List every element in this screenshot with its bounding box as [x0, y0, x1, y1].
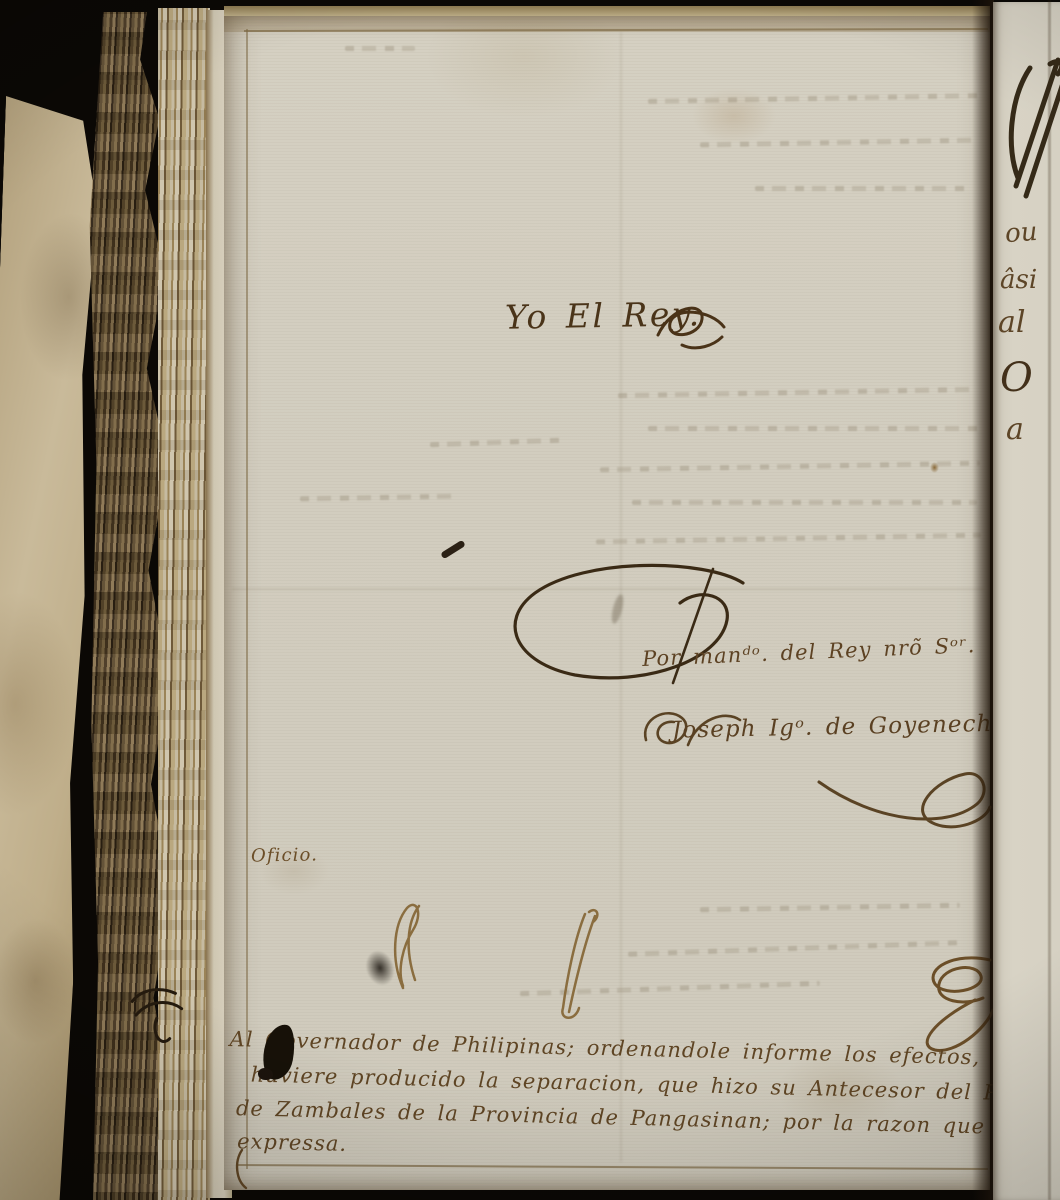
- bleedthrough-mark: [755, 186, 970, 191]
- edge-scribble-ink: [120, 964, 196, 1062]
- paraph-flourish: [505, 565, 750, 690]
- gutter-shadow: [972, 0, 994, 1200]
- docket-block: Al Governador de Philipinas; ordenandole…: [227, 1026, 1030, 1174]
- bleedthrough-mark: [648, 426, 983, 431]
- bleedthrough-mark: [632, 500, 977, 505]
- signature-under-flourish: [815, 752, 995, 837]
- facing-page-fragment: ou: [1004, 217, 1038, 249]
- facing-page-flourish: [1000, 58, 1060, 208]
- facing-page-fragment: al: [998, 305, 1025, 340]
- ink-blot-satellite: [258, 1068, 273, 1080]
- manuscript-photo: beneficios, ò perjuicios, que os parezca…: [0, 0, 1060, 1200]
- facing-page-fragment: âsi: [1000, 265, 1037, 295]
- bleedthrough-mark: [345, 46, 415, 51]
- royal-rubric-flourish: [652, 297, 732, 352]
- facing-page-fragment: O: [1000, 355, 1033, 401]
- docket-tail-flourish: [232, 1148, 252, 1190]
- pen-trial-flourish-middle: [545, 908, 615, 1018]
- vellum-cover-flap: [0, 96, 106, 1200]
- margin-note-oficio: Oficio.: [251, 844, 318, 866]
- ruled-border-left: [246, 29, 248, 1169]
- paper-fleck: [930, 462, 939, 473]
- facing-page-fragment: a: [1006, 412, 1024, 447]
